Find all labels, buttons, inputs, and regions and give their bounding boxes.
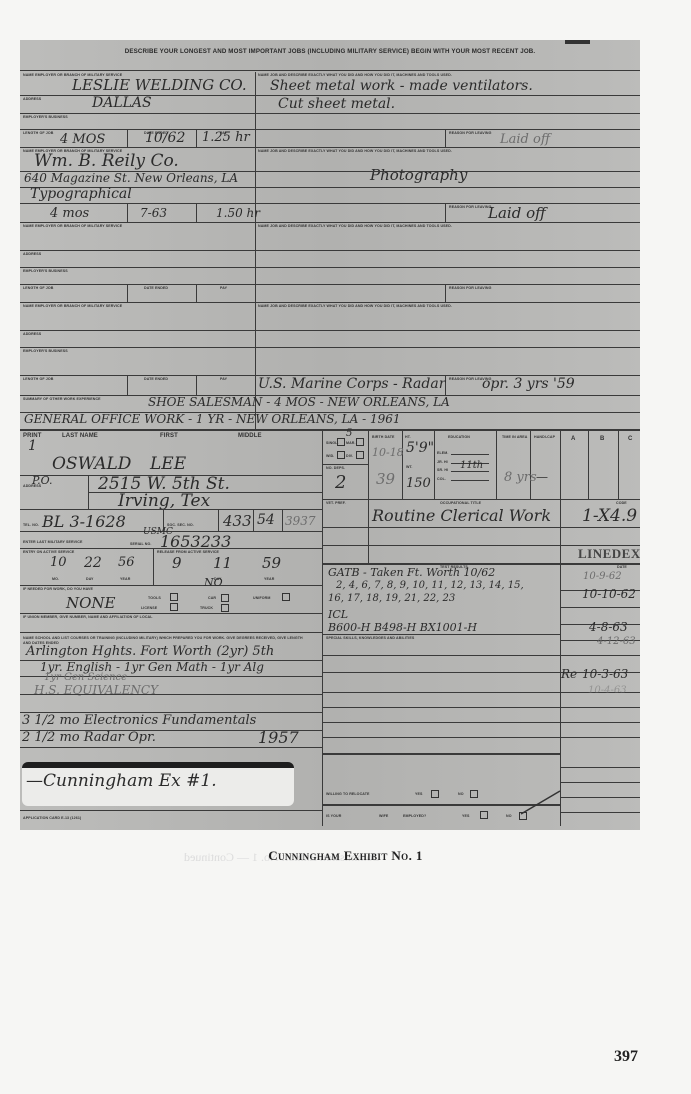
code-label: CODE <box>616 501 627 505</box>
last-military-label: ENTER LAST MILITARY SERVICE <box>23 540 82 544</box>
test-results-line-2: 2, 4, 6, 7, 8, 9, 10, 11, 12, 13, 14, 15… <box>336 580 524 591</box>
relocate-label: WILLING TO RELOCATE <box>326 792 370 796</box>
occupation-code: 1-X4.9 <box>582 506 637 526</box>
exhibit-label-sticker: —Cunningham Ex #1. <box>22 762 294 806</box>
birth-date-label: BIRTH DATE <box>372 435 400 439</box>
rule <box>20 267 640 268</box>
rule <box>368 431 369 499</box>
day-label: DAY <box>86 577 94 581</box>
job2-pay: 1.50 hr <box>216 206 260 220</box>
tools-label: TOOLS <box>148 596 161 600</box>
height-value: 5'9" <box>406 440 434 456</box>
deps-label: NO. DEPS. <box>326 466 345 470</box>
address-label: ADDRESS <box>23 252 41 256</box>
job4-reason: opr. 3 yrs '59 <box>482 376 575 392</box>
birth-date-1: 10-18 <box>372 446 404 459</box>
rule <box>322 737 640 738</box>
job2-date-ended: 7-63 <box>140 206 167 220</box>
rule <box>20 284 640 285</box>
test-results-line-1: GATB - Taken Ft. Worth 10/62 <box>328 566 495 579</box>
rule <box>322 634 560 635</box>
date-entry-1: 10-9-62 <box>583 571 622 582</box>
summary-line-2: GENERAL OFFICE WORK - 1 YR - NEW ORLEANS… <box>24 412 400 426</box>
date-label: DATE <box>617 565 627 569</box>
handicap-value: — <box>536 470 548 484</box>
school-line-3: 1yr Gen Science <box>44 672 127 683</box>
rule <box>445 203 446 222</box>
job1-pay: 1.25 hr <box>202 130 250 145</box>
tel-label: TEL. NO. <box>23 523 39 527</box>
job-desc-label: NAME JOB AND DESCRIBE EXACTLY WHAT YOU D… <box>258 149 452 153</box>
job1-employer: LESLIE WELDING CO. <box>72 76 247 94</box>
col-c-label: C <box>628 436 632 442</box>
rule <box>560 782 640 783</box>
rule <box>588 431 589 499</box>
is-your-label: IS YOUR <box>326 814 341 818</box>
rule <box>196 284 197 302</box>
length-label: LENGTH OF JOB <box>23 131 53 135</box>
union-label: IF UNION MEMBER, GIVE NUMBER, NAME AND A… <box>23 615 153 619</box>
reason-label: REASON FOR LEAVING <box>449 131 491 135</box>
rule <box>618 431 619 499</box>
applicant-tel: BL 3-1628 <box>42 512 126 531</box>
applicant-divider <box>322 431 323 826</box>
married-checkbox[interactable] <box>356 438 364 446</box>
ssn-part-1: 433 <box>223 512 252 530</box>
uniform-checkbox[interactable] <box>282 593 290 601</box>
tools-checkbox[interactable] <box>170 593 178 601</box>
rule <box>434 431 435 499</box>
rule <box>402 431 403 499</box>
rule <box>196 203 197 222</box>
jr-hi-label: JR. HI <box>437 460 448 464</box>
middle-label: MIDDLE <box>238 433 262 439</box>
car-answer: NO <box>204 576 223 589</box>
rule <box>20 429 640 431</box>
occ-title-label: OCCUPATIONAL TITLE <box>440 501 481 505</box>
car-checkbox[interactable] <box>221 594 229 602</box>
rule <box>20 747 322 748</box>
rule <box>560 812 640 813</box>
weight-label: WT. <box>406 465 413 469</box>
school-line-5: 3 1/2 mo Electronics Fundamentals <box>22 713 256 728</box>
job-desc-label: NAME JOB AND DESCRIBE EXACTLY WHAT YOU D… <box>258 304 452 308</box>
relocate-yes-label: YES <box>415 792 423 796</box>
rule <box>20 302 640 303</box>
release-month: 9 <box>172 554 182 572</box>
special-skills-label: SPECIAL SKILLS, KNOWLEDGES AND ABILITIES <box>326 636 414 640</box>
job2-address: 640 Magazine St. New Orleans, LA <box>24 171 238 185</box>
school-line-1: Arlington Hghts. Fort Worth (2yr) 5th <box>26 644 274 659</box>
rule <box>218 509 219 531</box>
exhibit-caption: Cunningham Exhibit No. 1 <box>0 848 691 864</box>
job2-description: Photography <box>370 166 467 184</box>
form-id: APPLICATION CARD E-13 (1261) <box>23 816 81 820</box>
date-ended-label: DATE ENDED <box>144 286 168 290</box>
married-label: MAR. <box>346 441 356 445</box>
school-line-6: 2 1/2 mo Radar Opr. <box>22 730 156 745</box>
date-entry-3: 4-8-63 <box>589 620 628 634</box>
test-results-line-5: B600-H B498-H BX1001-H <box>328 621 477 634</box>
date-entry-2: 10-10-62 <box>582 587 636 601</box>
entry-label: ENTRY ON ACTIVE SERVICE <box>23 550 74 554</box>
rule <box>496 431 497 499</box>
elem-label: ELEM. <box>437 451 448 455</box>
job1-length: 4 MOS <box>60 132 105 147</box>
entry-year: 56 <box>118 555 135 570</box>
sr-hi-label: SR. HI <box>437 468 448 472</box>
rule <box>451 480 489 481</box>
rule <box>20 222 640 223</box>
job1-date-ended: 10/62 <box>145 130 185 146</box>
license-label: LICENSE <box>141 606 157 610</box>
rule <box>322 655 640 656</box>
address-label: ADDRESS <box>23 97 41 101</box>
rule <box>530 431 531 499</box>
rule <box>451 471 489 472</box>
address-prefix: P.O. <box>32 474 53 487</box>
col-a-label: A <box>571 436 575 442</box>
rule <box>322 722 640 723</box>
rule <box>20 147 640 148</box>
mo-label: MO. <box>52 577 59 581</box>
employer-label: NAME EMPLOYER OR BRANCH OF MILITARY SERV… <box>23 304 122 308</box>
ssn-part-2: 54 <box>257 512 275 528</box>
date-entry-5: 10-3-63 <box>582 667 628 681</box>
rule <box>560 767 640 768</box>
exhibit-label-text: —Cunningham Ex #1. <box>26 771 217 791</box>
job2-business: Typographical <box>30 186 132 202</box>
business-label: EMPLOYER'S BUSINESS <box>23 269 68 273</box>
rule <box>20 509 322 510</box>
rule <box>196 129 197 147</box>
business-label: EMPLOYER'S BUSINESS <box>23 115 68 119</box>
pay-label: PAY <box>220 377 227 381</box>
car-label: CAR <box>208 596 216 600</box>
birth-date-2: 39 <box>376 470 395 488</box>
rule <box>20 347 640 348</box>
summary-label: SUMMARY OF OTHER WORK EXPERIENCE <box>23 397 101 401</box>
rule <box>127 203 128 222</box>
test-results-line-4: ICL <box>328 608 348 621</box>
relocate-yes-checkbox[interactable] <box>431 790 439 798</box>
rule <box>445 284 446 302</box>
rule <box>322 563 640 565</box>
rule <box>322 464 368 465</box>
wife-label: WIFE <box>379 814 388 818</box>
truck-checkbox[interactable] <box>221 604 229 612</box>
rule <box>322 753 560 755</box>
rule <box>445 129 446 147</box>
entry-day: 22 <box>84 555 102 571</box>
rule <box>20 613 322 614</box>
occupational-title: Routine Clerical Work <box>372 506 551 525</box>
applicant-first-name: LEE <box>150 454 186 474</box>
needed-label: IF NEEDED FOR WORK, DO YOU HAVE <box>23 587 93 591</box>
widowed-label: WID. <box>326 454 334 458</box>
height-label: HT. <box>405 435 411 439</box>
rule <box>20 113 640 114</box>
job-desc-label: NAME JOB AND DESCRIBE EXACTLY WHAT YOU D… <box>258 224 452 228</box>
job2-employer: Wm. B. Reily Co. <box>34 151 179 171</box>
needed-answer: NONE <box>66 594 116 612</box>
education-label: EDUCATION <box>448 435 470 439</box>
rule <box>20 632 322 633</box>
summary-line-1: SHOE SALESMAN - 4 MOS - NEW ORLEANS, LA <box>148 395 450 409</box>
serial-label: SERIAL NO. <box>130 542 152 546</box>
license-checkbox[interactable] <box>170 603 178 611</box>
truck-label: TRUCK <box>200 606 213 610</box>
rule <box>20 548 322 549</box>
applicant-last-name: OSWALD <box>52 454 131 474</box>
marital-mark: 5 <box>346 428 352 439</box>
rule <box>20 330 640 331</box>
rule <box>451 454 489 455</box>
release-day: 11 <box>213 554 232 572</box>
rule <box>282 509 283 531</box>
release-year: 59 <box>262 554 281 572</box>
date-entry-4: 4-12-63 <box>597 636 636 647</box>
year-label: YEAR <box>264 577 274 581</box>
vet-pref-label: VET. PREF. <box>326 501 346 505</box>
rule <box>253 509 254 531</box>
rule <box>20 694 322 695</box>
rule <box>368 499 369 563</box>
rule <box>153 548 154 585</box>
education-grade: 11th <box>460 460 483 471</box>
ssn-part-3: 3937 <box>285 514 316 528</box>
rule <box>20 810 322 811</box>
first-label: FIRST <box>160 433 178 439</box>
weight-value: 150 <box>406 476 431 491</box>
time-in-area-value: 8 yrs <box>504 470 537 485</box>
single-checkbox[interactable] <box>337 438 345 446</box>
employed-label: EMPLOYED? <box>403 814 426 818</box>
checkmark-arrow-icon <box>518 788 564 818</box>
linedex-stamp: LINEDEX <box>578 546 640 562</box>
rule <box>20 203 640 204</box>
column-divider <box>255 72 256 430</box>
deps-value: 2 <box>335 472 346 493</box>
date-entry-6: 10-4-63 <box>588 685 627 696</box>
rule <box>322 499 640 500</box>
test-results-line-3: 16, 17, 18, 19, 21, 22, 23 <box>328 593 455 604</box>
rule <box>20 585 322 586</box>
rule <box>20 129 640 130</box>
job2-reason: Laid off <box>488 204 546 222</box>
pay-label: PAY <box>220 286 227 290</box>
relocate-no-checkbox[interactable] <box>470 790 478 798</box>
release-label: RELEASE FROM ACTIVE SERVICE <box>157 550 219 554</box>
wife-yes-label: YES <box>462 814 470 818</box>
col-b-label: B <box>600 436 604 442</box>
rule <box>20 70 640 71</box>
reason-label: REASON FOR LEAVING <box>449 286 491 290</box>
rule <box>560 607 640 608</box>
handicap-label: HANDI-CAP <box>534 435 558 439</box>
job1-address: DALLAS <box>92 95 152 111</box>
job1-description: Sheet metal work - made ventilators. <box>270 78 533 94</box>
job-desc-label: NAME JOB AND DESCRIBE EXACTLY WHAT YOU D… <box>258 73 452 77</box>
entry-month: 10 <box>50 555 67 570</box>
rule <box>20 250 640 251</box>
business-label: EMPLOYER'S BUSINESS <box>23 349 68 353</box>
card-tab <box>565 40 590 44</box>
application-card: DESCRIBE YOUR LONGEST AND MOST IMPORTANT… <box>20 40 640 830</box>
divorced-label: DIV. <box>346 454 353 458</box>
date-ended-label: DATE ENDED <box>144 377 168 381</box>
wife-no-label: NO <box>506 814 512 818</box>
rule <box>322 707 640 708</box>
widowed-checkbox[interactable] <box>337 451 345 459</box>
rule <box>127 284 128 302</box>
time-in-area-label: TIME IN AREA <box>502 435 528 439</box>
rule <box>322 527 640 528</box>
address-label: ADDRESS <box>23 332 41 336</box>
rule <box>560 797 640 798</box>
page-number: 397 <box>614 1048 638 1066</box>
uniform-label: UNIFORM <box>253 596 270 600</box>
form-header: DESCRIBE YOUR LONGEST AND MOST IMPORTANT… <box>20 48 640 55</box>
rule <box>127 375 128 395</box>
divorced-checkbox[interactable] <box>356 451 364 459</box>
length-label: LENGTH OF JOB <box>23 377 53 381</box>
wife-yes-checkbox[interactable] <box>480 811 488 819</box>
applicant-address-2: Irving, Tex <box>118 491 210 511</box>
length-label: LENGTH OF JOB <box>23 286 53 290</box>
relocate-no-label: NO <box>458 792 464 796</box>
job1-description-2: Cut sheet metal. <box>278 96 395 112</box>
reason-label: REASON FOR LEAVING <box>449 205 491 209</box>
col-label: COL. <box>437 477 446 481</box>
last-name-label: LAST NAME <box>62 433 98 439</box>
rule <box>196 375 197 395</box>
job2-length: 4 mos <box>50 206 89 221</box>
job1-reason: Laid off <box>500 132 550 147</box>
job4-description: U.S. Marine Corps - Radar <box>258 376 445 392</box>
employer-label: NAME EMPLOYER OR BRANCH OF MILITARY SERV… <box>23 224 122 228</box>
rule <box>127 129 128 147</box>
mark: 1 <box>28 438 37 454</box>
year-label: YEAR <box>120 577 130 581</box>
date-prefix: Re <box>561 667 577 681</box>
school-year: 1957 <box>258 728 299 747</box>
